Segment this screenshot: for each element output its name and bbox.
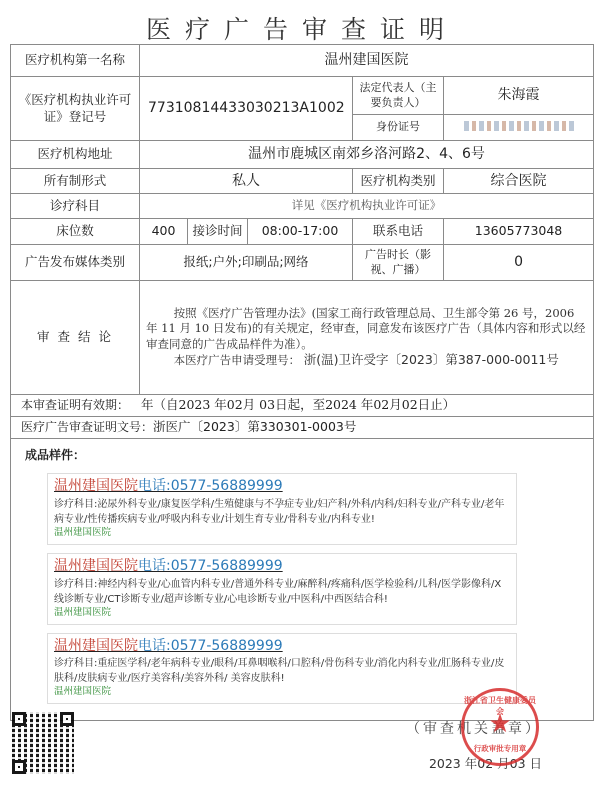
seal-sub-text: 行政审批专用章 xyxy=(464,743,536,754)
ad-headline[interactable]: 温州建国医院电话:0577-56889999 xyxy=(54,557,510,576)
hours-label: 接诊时间 xyxy=(188,219,248,245)
sample-ad: 温州建国医院电话:0577-56889999 诊疗科目:重症医学科/老年病科专业… xyxy=(47,633,517,705)
category: 综合医院 xyxy=(444,169,594,194)
institution-name: 温州建国医院 xyxy=(140,45,594,77)
qr-code xyxy=(12,712,74,774)
certificate-form: 医疗机构第一名称 温州建国医院 《医疗机构执业许可证》登记号 773108144… xyxy=(10,44,594,721)
official-seal: 浙江省卫生健康委员会 ★ 行政审批专用章 xyxy=(461,688,539,766)
duration: 0 xyxy=(444,245,594,281)
ad-tel-link[interactable]: 电话:0577-56889999 xyxy=(138,638,283,654)
doc-number-row: 医疗广告审查证明文号：浙医广〔2023〕第330301-0003号 xyxy=(11,417,594,439)
legal-rep-label: 法定代表人（主要负责人） xyxy=(353,77,444,115)
id-number-redacted xyxy=(444,115,594,141)
ad-footer: 温州建国医院 xyxy=(54,527,510,540)
qr-finder-icon xyxy=(60,712,74,726)
samples-label: 成品样件： xyxy=(25,447,579,463)
sample-ad: 温州建国医院电话:0577-56889999 诊疗科目:神经内科专业/心血管内科… xyxy=(47,553,517,625)
ad-footer: 温州建国医院 xyxy=(54,686,510,699)
media-label: 广告发布媒体类别 xyxy=(11,245,140,281)
license-number: 77310814433030213A1002 xyxy=(140,77,353,141)
acceptance-number: 浙(温)卫许受字〔2023〕第387-000-0011号 xyxy=(304,352,559,367)
sample-ads: 温州建国医院电话:0577-56889999 诊疗科目:泌尿外科专业/康复医学科… xyxy=(47,473,517,704)
acceptance-prefix: 本医疗广告申请受理号： xyxy=(174,353,301,367)
institution-name-label: 医疗机构第一名称 xyxy=(11,45,140,77)
address-label: 医疗机构地址 xyxy=(11,141,140,169)
beds-label: 床位数 xyxy=(11,219,140,245)
ad-tel-link[interactable]: 电话:0577-56889999 xyxy=(138,478,283,494)
id-label: 身份证号 xyxy=(353,115,444,141)
document-title: 医疗广告审查证明 xyxy=(0,10,604,46)
departments-label: 诊疗科目 xyxy=(11,194,140,219)
duration-label: 广告时长（影视、广播） xyxy=(353,245,444,281)
license-label: 《医疗机构执业许可证》登记号 xyxy=(11,77,140,141)
doc-number: 浙医广〔2023〕第330301-0003号 xyxy=(153,419,356,434)
acceptance-line: 本医疗广告申请受理号： 浙(温)卫许受字〔2023〕第387-000-0011号 xyxy=(146,352,587,369)
phone-label: 联系电话 xyxy=(353,219,444,245)
ad-hospital-link[interactable]: 温州建国医院 xyxy=(54,558,138,574)
phone: 13605773048 xyxy=(444,219,594,245)
ad-body: 诊疗科目:神经内科专业/心血管内科专业/普通外科专业/麻醉科/疼痛科/医学检验科… xyxy=(54,577,510,607)
ad-body: 诊疗科目:泌尿外科专业/康复医学科/生殖健康与不孕症专业/妇产科/外科/内科/妇… xyxy=(54,497,510,527)
ownership-label: 所有制形式 xyxy=(11,169,140,194)
validity-row: 本审查证明有效期： 年（自2023 年02月 03日起，至2024 年02月02… xyxy=(11,395,594,417)
ad-hospital-link[interactable]: 温州建国医院 xyxy=(54,478,138,494)
validity-label: 本审查证明有效期： xyxy=(21,398,129,412)
ad-body: 诊疗科目:重症医学科/老年病科专业/眼科/耳鼻咽喉科/口腔科/骨伤科专业/消化内… xyxy=(54,656,510,686)
doc-number-label: 医疗广告审查证明文号： xyxy=(21,420,153,434)
samples-section: 成品样件： 温州建国医院电话:0577-56889999 诊疗科目:泌尿外科专业… xyxy=(11,439,594,721)
redacted-id-blur xyxy=(464,121,574,131)
beds: 400 xyxy=(140,219,188,245)
address: 温州市鹿城区南郊乡洛河路2、4、6号 xyxy=(140,141,594,169)
category-label: 医疗机构类别 xyxy=(353,169,444,194)
qr-finder-icon xyxy=(12,712,26,726)
qr-finder-icon xyxy=(12,760,26,774)
conclusion-text: 按照《医疗广告管理办法》(国家工商行政管理总局、卫生部令第 26 号，2006 … xyxy=(146,306,587,353)
conclusion-label: 审 查 结 论 xyxy=(11,281,140,395)
star-icon: ★ xyxy=(464,709,536,739)
legal-rep: 朱海霞 xyxy=(444,77,594,115)
conclusion: 按照《医疗广告管理办法》(国家工商行政管理总局、卫生部令第 26 号，2006 … xyxy=(140,281,594,395)
departments: 详见《医疗机构执业许可证》 xyxy=(140,194,594,219)
media: 报纸;户外;印刷品;网络 xyxy=(140,245,353,281)
validity: 年（自2023 年02月 03日起，至2024 年02月02日止） xyxy=(141,397,455,412)
ad-tel-link[interactable]: 电话:0577-56889999 xyxy=(138,558,283,574)
ad-hospital-link[interactable]: 温州建国医院 xyxy=(54,638,138,654)
sample-ad: 温州建国医院电话:0577-56889999 诊疗科目:泌尿外科专业/康复医学科… xyxy=(47,473,517,545)
ownership: 私人 xyxy=(140,169,353,194)
ad-headline[interactable]: 温州建国医院电话:0577-56889999 xyxy=(54,637,510,656)
ad-footer: 温州建国医院 xyxy=(54,607,510,620)
hours: 08:00-17:00 xyxy=(248,219,353,245)
ad-headline[interactable]: 温州建国医院电话:0577-56889999 xyxy=(54,477,510,496)
